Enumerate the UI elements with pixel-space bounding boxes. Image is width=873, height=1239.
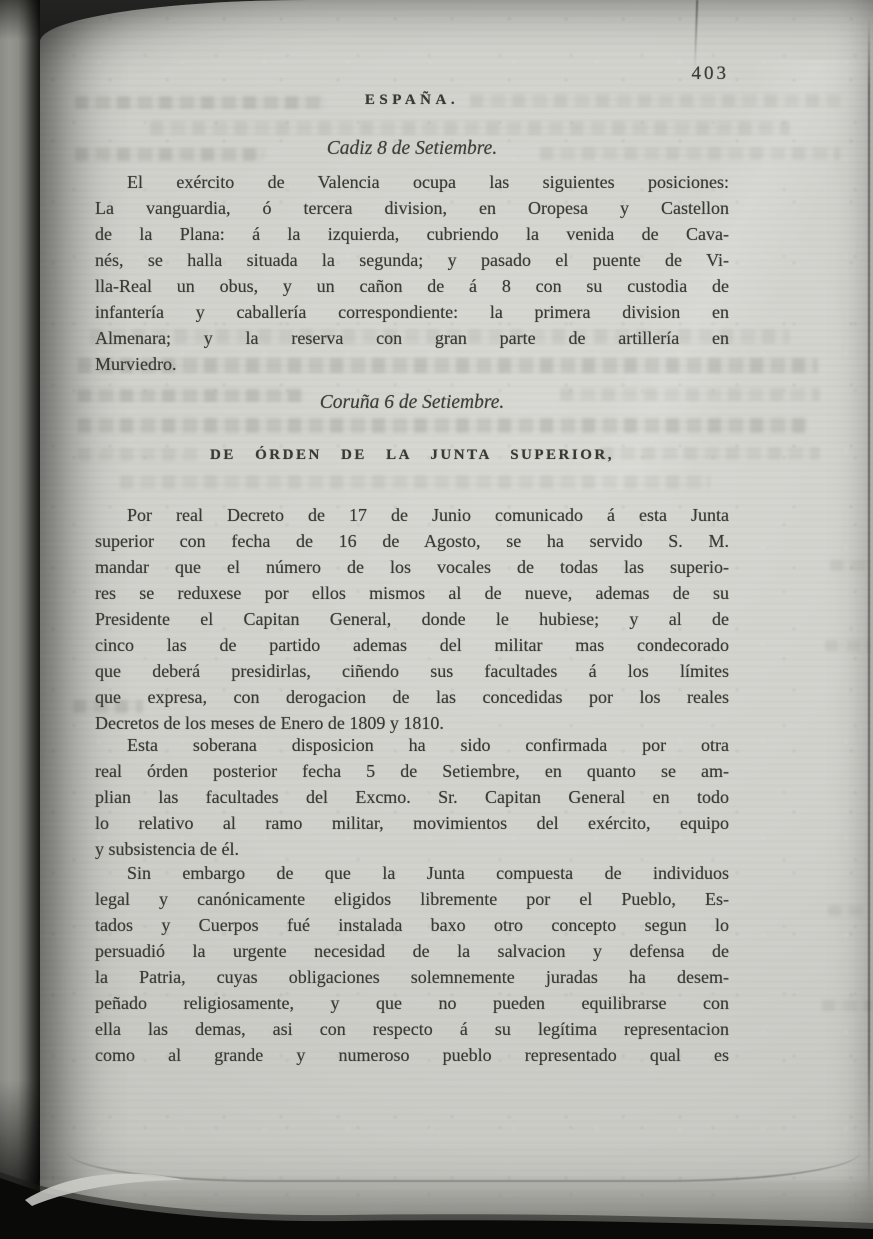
text-line: persuadió la urgente necesidad de la sal… — [95, 938, 729, 964]
book-binding-edge — [0, 0, 40, 1239]
text-line: que expresa, con derogacion de las conce… — [95, 684, 729, 710]
page-bottom-curl — [68, 1122, 860, 1182]
scanned-book-page: 403 ESPAÑA. Cadiz 8 de Setiembre. El exé… — [0, 0, 873, 1239]
page-number: 403 — [95, 63, 729, 85]
ghost-showthrough-line — [828, 905, 868, 916]
text-line: cinco las de partido ademas del militar … — [95, 632, 729, 658]
text-line: Esta soberana disposicion ha sido confir… — [95, 732, 729, 758]
paragraph-cadiz-report: El exército de Valencia ocupa las siguie… — [95, 169, 729, 377]
text-line: de la Plana: á la izquierda, cubriendo l… — [95, 221, 729, 247]
text-line: El exército de Valencia ocupa las siguie… — [95, 169, 729, 195]
text-line: Murviedro. — [95, 351, 729, 377]
text-line: como al grande y numeroso pueblo represe… — [95, 1042, 729, 1068]
text-line: Por real Decreto de 17 de Junio comunica… — [95, 502, 729, 528]
text-line: La vanguardia, ó tercera division, en Or… — [95, 195, 729, 221]
text-line: peñado religiosamente, y que no pueden e… — [95, 990, 729, 1016]
ghost-showthrough-line — [830, 560, 870, 571]
text-line: plian las facultades del Excmo. Sr. Capi… — [95, 784, 729, 810]
text-line: ella las demas, asi con respecto á su le… — [95, 1016, 729, 1042]
section-title: ESPAÑA. — [95, 92, 729, 109]
page-right-edge-shadow — [868, 18, 870, 1198]
text-line: res se reduxese por ellos mismos al de n… — [95, 580, 729, 606]
text-line: mandar que el número de los vocales de t… — [95, 554, 729, 580]
text-line: y subsistencia de él. — [95, 836, 729, 862]
dateline-coruna: Coruña 6 de Setiembre. — [95, 392, 729, 414]
ghost-showthrough-line — [120, 475, 710, 489]
text-line: superior con fecha de 16 de Agosto, se h… — [95, 528, 729, 554]
page-under-edge — [40, 1180, 873, 1228]
text-line: lla-Real un obus, y un cañon de á 8 con … — [95, 273, 729, 299]
junta-order-heading: DE ÓRDEN DE LA JUNTA SUPERIOR, — [95, 447, 729, 464]
page-surface: 403 ESPAÑA. Cadiz 8 de Setiembre. El exé… — [40, 0, 873, 1239]
ghost-showthrough-line — [78, 418, 808, 433]
text-line: Presidente el Capitan General, donde le … — [95, 606, 729, 632]
paragraph-confirmation: Esta soberana disposicion ha sido confir… — [95, 732, 729, 862]
text-line: tados y Cuerpos fué instalada baxo otro … — [95, 912, 729, 938]
text-line: infantería y caballería correspondiente:… — [95, 299, 729, 325]
text-line: Almenara; y la reserva con gran parte de… — [95, 325, 729, 351]
paragraph-junta-composition: Sin embargo de que la Junta compuesta de… — [95, 860, 729, 1068]
text-line: nés, se halla situada la segunda; y pasa… — [95, 247, 729, 273]
text-line: que deberá presidirlas, ciñendo sus facu… — [95, 658, 729, 684]
ghost-showthrough-line — [825, 640, 870, 651]
text-line: real órden posterior fecha 5 de Setiembr… — [95, 758, 729, 784]
ghost-showthrough-line — [822, 1000, 872, 1011]
dateline-cadiz: Cadiz 8 de Setiembre. — [95, 138, 729, 160]
text-line: la Patria, cuyas obligaciones solemnemen… — [95, 964, 729, 990]
text-line: legal y canónicamente eligidos librement… — [95, 886, 729, 912]
paragraph-royal-decree: Por real Decreto de 17 de Junio comunica… — [95, 502, 729, 736]
text-line: lo relativo al ramo militar, movimientos… — [95, 810, 729, 836]
ghost-showthrough-line — [150, 121, 790, 135]
paper-crease — [694, 0, 698, 70]
text-line: Sin embargo de que la Junta compuesta de… — [95, 860, 729, 886]
